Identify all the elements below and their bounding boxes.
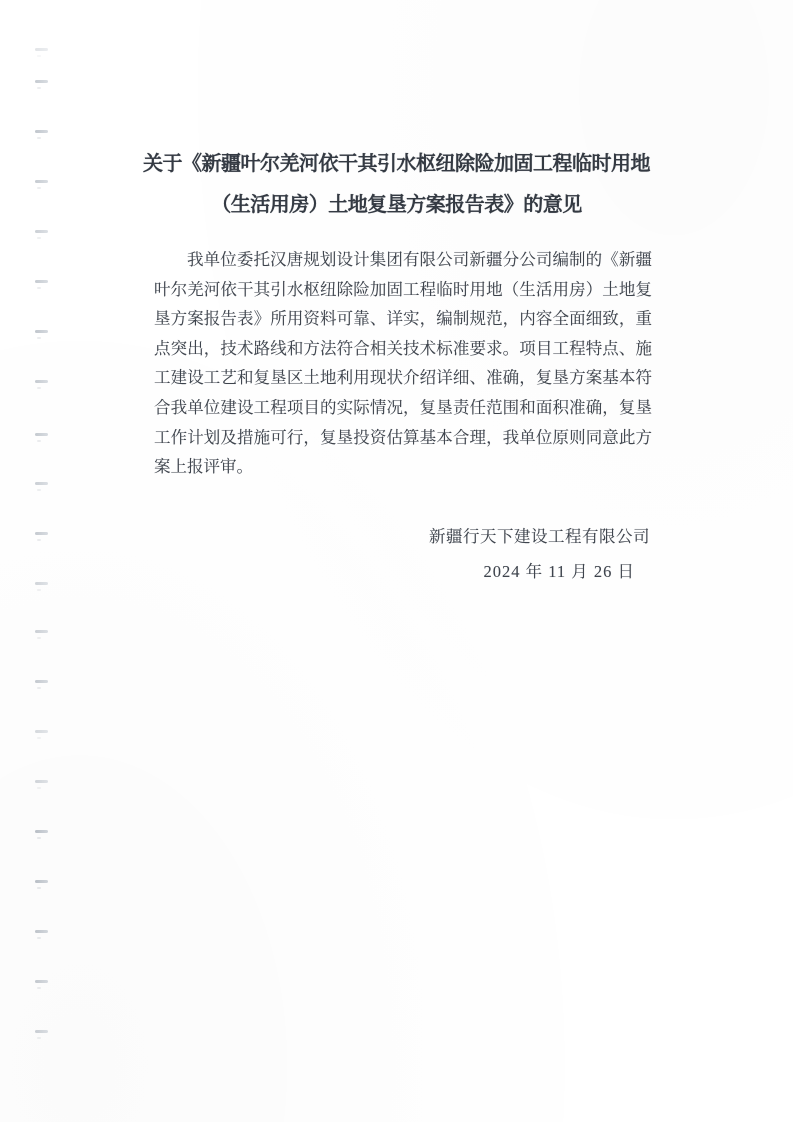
scan-artifact-mark	[35, 380, 48, 383]
body-line: 垦方案报告表》所用资料可靠、详实，编制规范，内容全面细致，重	[154, 304, 652, 334]
scan-artifact-mark	[35, 180, 48, 183]
body-line: 工建设工艺和复垦区土地利用现状介绍详细、准确，复垦方案基本符	[154, 363, 652, 393]
signature-block: 新疆行天下建设工程有限公司 2024 年 11 月 26 日	[0, 521, 793, 587]
signature-company: 新疆行天下建设工程有限公司	[0, 521, 793, 552]
body-line: 叶尔羌河依干其引水枢纽除险加固工程临时用地（生活用房）土地复	[154, 275, 652, 305]
scan-artifact-mark	[35, 230, 48, 233]
scan-artifact-mark	[35, 130, 48, 133]
scan-artifact-mark	[35, 48, 48, 51]
scan-artifact-mark	[35, 980, 48, 983]
scanned-document-page: 关于《新疆叶尔羌河依干其引水枢纽除险加固工程临时用地 （生活用房）土地复垦方案报…	[0, 0, 793, 1122]
scan-artifact-mark	[35, 80, 48, 83]
scan-artifact-mark	[35, 330, 48, 333]
scan-artifact-mark	[35, 280, 48, 283]
scan-artifact-mark	[35, 930, 48, 933]
title-line-2: （生活用房）土地复垦方案报告表》的意见	[0, 185, 793, 226]
scan-artifact-mark	[35, 880, 48, 883]
title-line-1: 关于《新疆叶尔羌河依干其引水枢纽除险加固工程临时用地	[0, 144, 793, 185]
scan-artifact-mark	[35, 630, 48, 633]
scan-artifact-mark	[35, 1030, 48, 1033]
scan-artifact-mark	[35, 582, 48, 585]
scan-artifact-mark	[35, 433, 48, 436]
scan-artifact-mark	[35, 780, 48, 783]
scan-artifact-mark	[35, 532, 48, 535]
body-line: 我单位委托汉唐规划设计集团有限公司新疆分公司编制的《新疆	[154, 245, 652, 275]
scan-artifact-mark	[35, 830, 48, 833]
signature-date: 2024 年 11 月 26 日	[0, 556, 793, 587]
body-line: 合我单位建设工程项目的实际情况，复垦责任范围和面积准确，复垦	[154, 393, 652, 423]
scan-artifact-mark	[35, 482, 48, 485]
body-line: 案上报评审。	[154, 452, 652, 482]
body-line: 工作计划及措施可行，复垦投资估算基本合理，我单位原则同意此方	[154, 423, 652, 453]
document-title: 关于《新疆叶尔羌河依干其引水枢纽除险加固工程临时用地 （生活用房）土地复垦方案报…	[0, 144, 793, 226]
body-paragraph: 我单位委托汉唐规划设计集团有限公司新疆分公司编制的《新疆 叶尔羌河依干其引水枢纽…	[154, 245, 652, 482]
body-line: 点突出，技术路线和方法符合相关技术标准要求。项目工程特点、施	[154, 334, 652, 364]
scan-artifact-mark	[35, 730, 48, 733]
scan-artifact-mark	[35, 680, 48, 683]
